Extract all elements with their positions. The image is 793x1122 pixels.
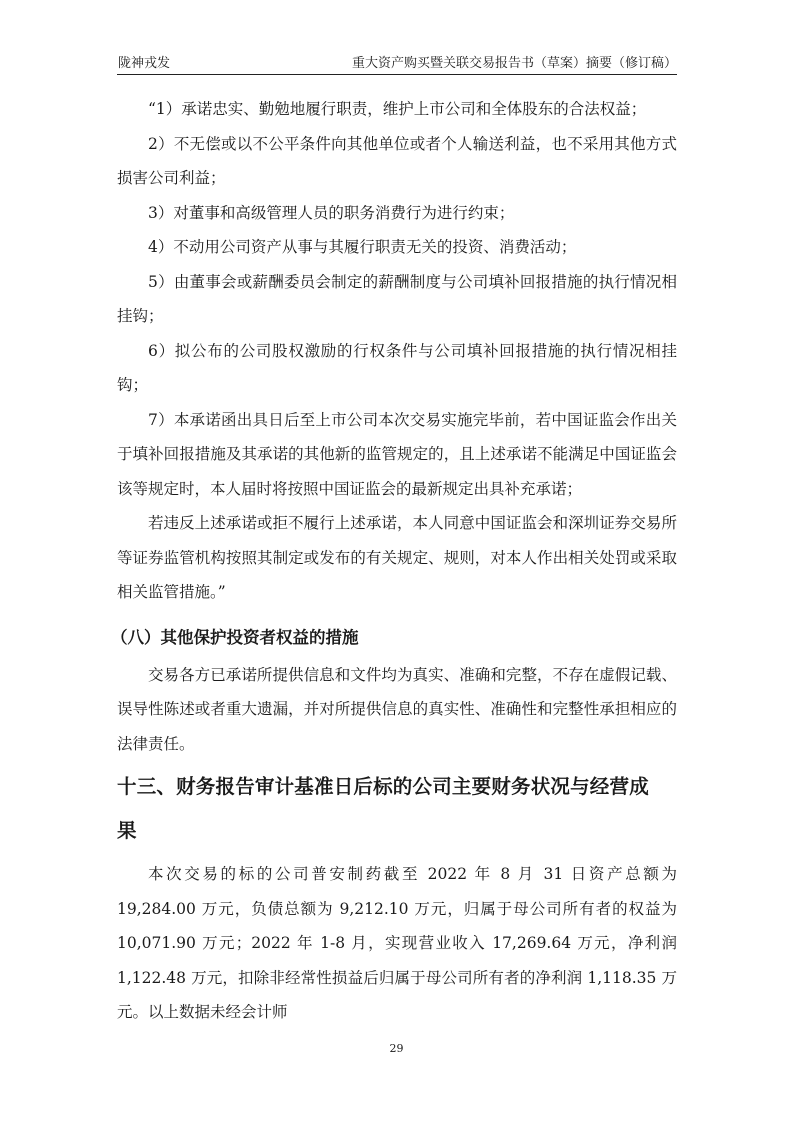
commitment-breach-clause: 若违反上述承诺或拒不履行上述承诺，本人同意中国证监会和深圳证券交易所等证券监管机… <box>117 506 677 610</box>
commitment-item-2: 2）不无偿或以不公平条件向其他单位或者个人输送利益，也不采用其他方式损害公司利益… <box>117 127 677 196</box>
commitment-item-3: 3）对董事和高级管理人员的职务消费行为进行约束； <box>117 196 677 231</box>
header-document-title: 重大资产购买暨关联交易报告书（草案）摘要（修订稿） <box>352 56 677 72</box>
section-13-body: 本次交易的标的公司普安制药截至 2022 年 8 月 31 日资产总额为 19,… <box>117 857 677 1030</box>
page-number: 29 <box>0 1042 793 1055</box>
commitment-item-7: 7）本承诺函出具日后至上市公司本次交易实施完毕前，若中国证监会作出关于填补回报措… <box>117 403 677 507</box>
header-company: 陇神戎发 <box>118 56 170 72</box>
commitment-item-1: “1）承诺忠实、勤勉地履行职责，维护上市公司和全体股东的合法权益； <box>117 92 677 127</box>
section-13-heading-continued: 果 <box>117 811 677 851</box>
commitment-item-4: 4）不动用公司资产从事与其履行职责无关的投资、消费活动； <box>117 230 677 265</box>
page-content: “1）承诺忠实、勤勉地履行职责，维护上市公司和全体股东的合法权益； 2）不无偿或… <box>117 92 677 1030</box>
section-8-body: 交易各方已承诺所提供信息和文件均为真实、准确和完整，不存在虚假记载、误导性陈述或… <box>117 658 677 762</box>
page-header: 陇神戎发 重大资产购买暨关联交易报告书（草案）摘要（修订稿） <box>117 56 677 75</box>
section-13-heading: 十三、财务报告审计基准日后标的公司主要财务状况与经营成 <box>117 767 677 807</box>
commitment-item-5: 5）由董事会或薪酬委员会制定的薪酬制度与公司填补回报措施的执行情况相挂钩； <box>117 265 677 334</box>
commitment-item-6: 6）拟公布的公司股权激励的行权条件与公司填补回报措施的执行情况相挂钩； <box>117 334 677 403</box>
section-8-heading: （八）其他保护投资者权益的措施 <box>111 620 677 656</box>
